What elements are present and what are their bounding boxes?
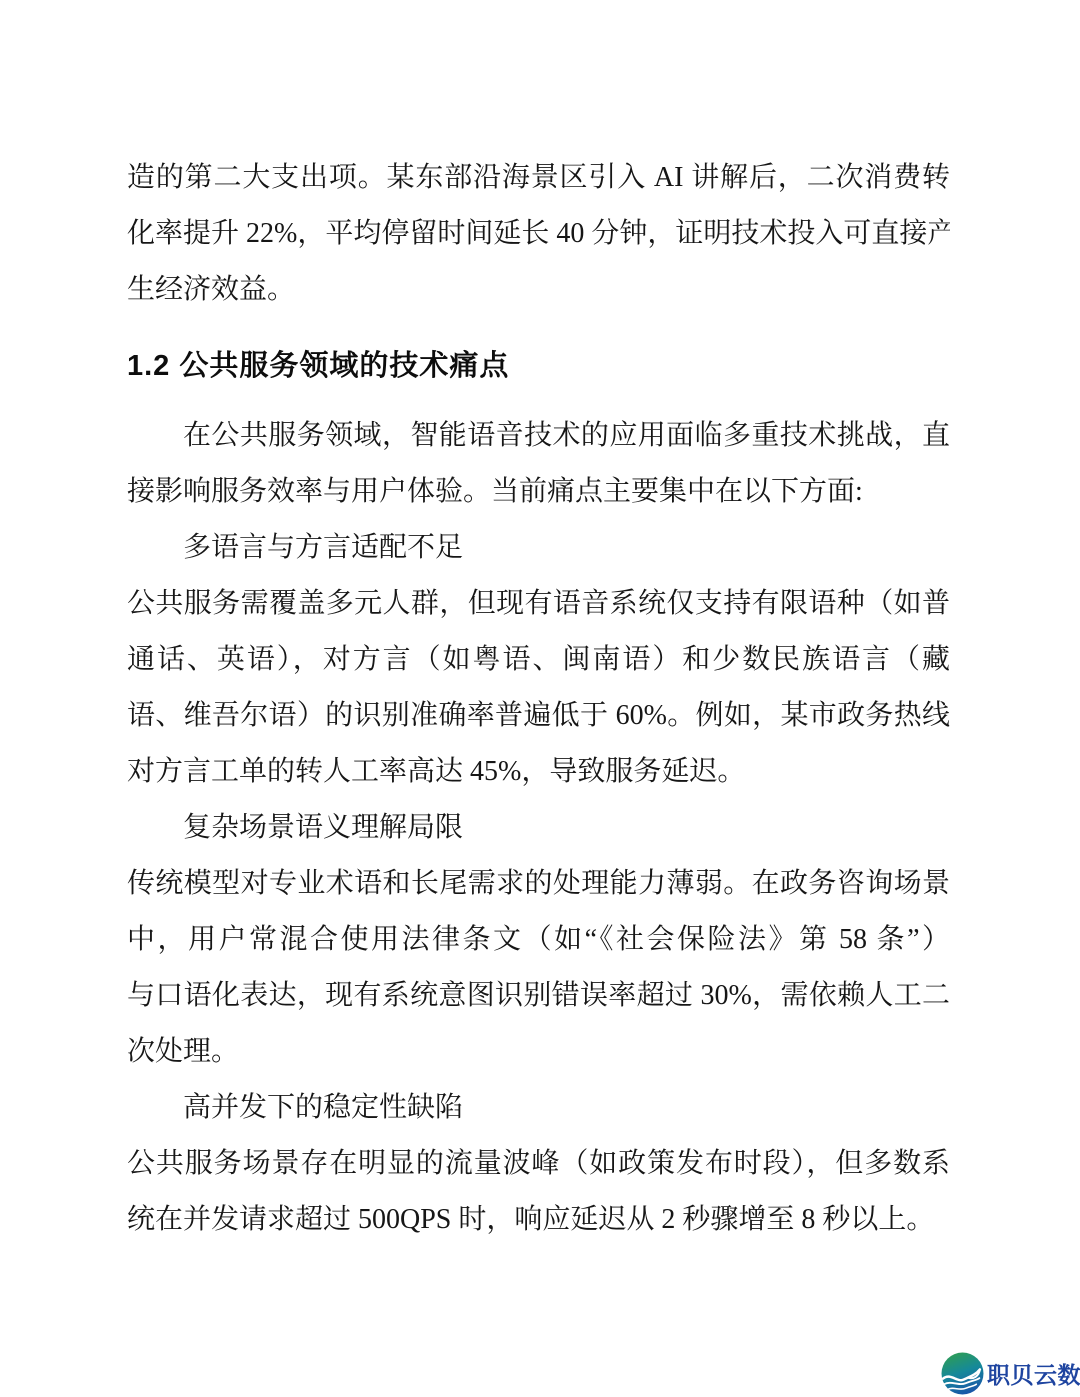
text-line: 公共服务场景存在明显的流量波峰（如政策发布时段），但多数系 <box>127 1136 950 1192</box>
text-line: 语、维吾尔语）的识别准确率普遍低于 60%。例如，某市政务热线 <box>127 688 950 744</box>
pain-point-subtitle: 多语言与方言适配不足 <box>127 520 950 576</box>
brand-logo-text: 职贝云数 <box>987 1357 1080 1390</box>
text-line: 接影响服务效率与用户体验。当前痛点主要集中在以下方面: <box>127 464 950 520</box>
text-line: 统在并发请求超过 500QPS 时，响应延迟从 2 秒骤增至 8 秒以上。 <box>127 1192 950 1248</box>
text-line: 传统模型对专业术语和长尾需求的处理能力薄弱。在政务咨询场景 <box>127 856 950 912</box>
text-line: 生经济效益。 <box>127 262 950 318</box>
text-line: 对方言工单的转人工率高达 45%，导致服务延迟。 <box>127 744 950 800</box>
document-body: 造的第二大支出项。某东部沿海景区引入 AI 讲解后，二次消费转 化率提升 22%… <box>127 150 950 1248</box>
text-line: 与口语化表达，现有系统意图识别错误率超过 30%，需依赖人工二 <box>127 968 950 1024</box>
text-line: 在公共服务领域，智能语音技术的应用面临多重技术挑战，直 <box>127 408 950 464</box>
pain-point-subtitle: 复杂场景语义理解局限 <box>127 800 950 856</box>
text-line: 次处理。 <box>127 1024 950 1080</box>
section-heading-1-2: 1.2 公共服务领域的技术痛点 <box>127 342 950 390</box>
text-line: 造的第二大支出项。某东部沿海景区引入 AI 讲解后，二次消费转 <box>127 150 950 206</box>
text-line: 中，用户常混合使用法律条文（如“《社会保险法》第 58 条”） <box>127 912 950 968</box>
text-line: 公共服务需覆盖多元人群，但现有语音系统仅支持有限语种（如普 <box>127 576 950 632</box>
brand-logo: 职贝云数 <box>941 1351 1080 1395</box>
document-page: 造的第二大支出项。某东部沿海景区引入 AI 讲解后，二次消费转 化率提升 22%… <box>0 0 1080 1397</box>
pain-point-subtitle: 高并发下的稳定性缺陷 <box>127 1080 950 1136</box>
text-line: 化率提升 22%，平均停留时间延长 40 分钟，证明技术投入可直接产 <box>127 206 950 262</box>
text-line: 通话、英语），对方言（如粤语、闽南语）和少数民族语言（藏 <box>127 632 950 688</box>
wave-logo-icon <box>941 1352 984 1395</box>
